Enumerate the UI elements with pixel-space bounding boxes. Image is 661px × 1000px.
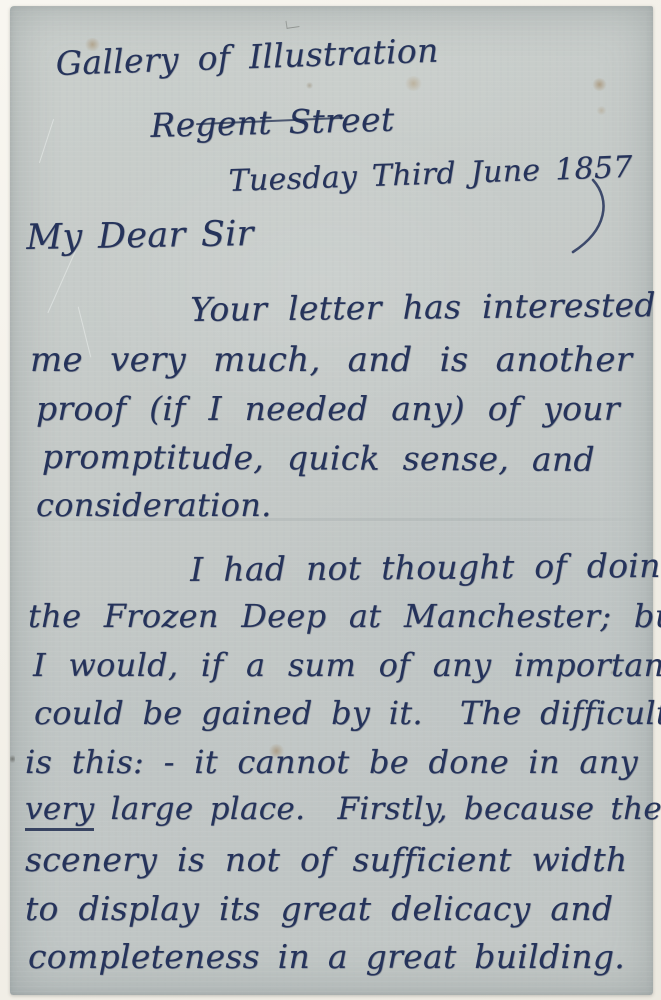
para2-line7: scenery is not of sufficient width	[25, 840, 627, 879]
para1-line1: Your letter has interested	[190, 285, 656, 329]
heading-street: Regent Street	[150, 100, 395, 145]
date-flourish	[545, 178, 615, 258]
para2-line9: completeness in a great building.	[28, 937, 625, 976]
para2-line6-rest: large place. Firstly, because the	[94, 791, 661, 827]
para2-line3: I would, if a sum of any importance	[33, 646, 661, 684]
heading-institution: Gallery of Illustration	[55, 31, 439, 83]
para1-line3: proof (if I needed any) of your	[36, 389, 620, 428]
para1-line5: consideration.	[36, 486, 272, 524]
para2-line2: the Frozen Deep at Manchester; but	[28, 597, 661, 635]
underlined-word-very: very	[25, 791, 94, 831]
salutation: My Dear Sir	[26, 214, 254, 258]
para2-line5: is this: - it cannot be done in any	[25, 743, 638, 781]
handwriting-layer: Gallery of Illustration Regent Street Tu…	[0, 0, 661, 1000]
para1-line2: me very much, and is another	[30, 340, 632, 380]
para2-line8: to display its great delicacy and	[25, 889, 613, 928]
scanned-letter-page: Gallery of Illustration Regent Street Tu…	[0, 0, 661, 1000]
para1-line4: promptitude, quick sense, and	[42, 437, 595, 479]
para2-line6: very large place. Firstly, because the	[25, 791, 661, 827]
para2-line1: I had not thought of doing	[190, 546, 661, 589]
para2-line4: could be gained by it. The difficulty	[34, 694, 661, 732]
